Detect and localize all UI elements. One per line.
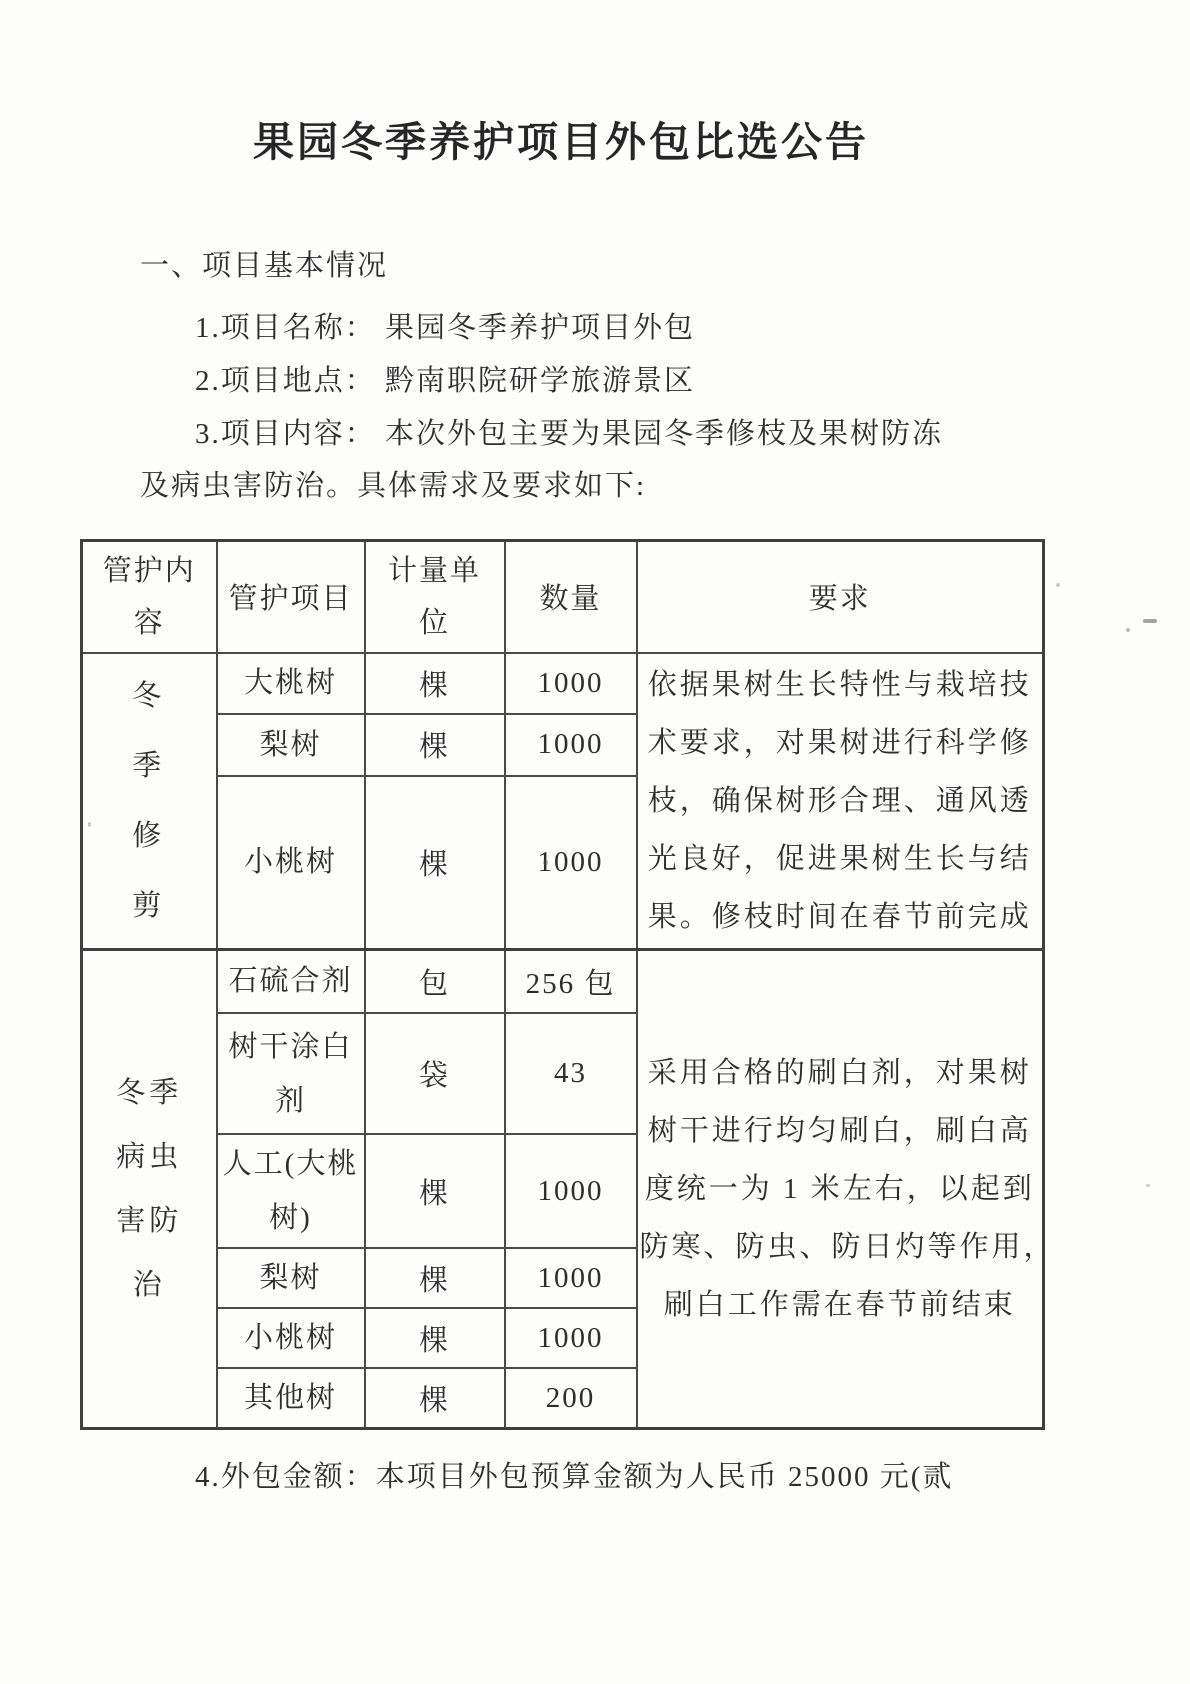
unit-cell: 包 <box>365 949 505 1013</box>
category-winter-pruning: 冬季修剪 <box>82 653 217 950</box>
header-care-item: 管护项目 <box>217 541 365 653</box>
quantity-cell: 1000 <box>505 714 637 776</box>
header-requirement: 要求 <box>637 541 1044 653</box>
scan-speck <box>1126 628 1130 632</box>
care-item-cell: 人工(大桃树) <box>217 1134 365 1248</box>
body-line-wrap: 及病虫害防治。具体需求及要求如下: <box>80 467 1042 505</box>
scan-speck <box>1143 619 1157 623</box>
care-item-cell: 小桃树 <box>217 776 365 949</box>
scan-speck <box>88 822 91 827</box>
care-item-cell: 梨树 <box>217 1248 365 1308</box>
header-quantity: 数量 <box>505 541 637 653</box>
quantity-cell: 1000 <box>505 1308 637 1368</box>
scan-speck <box>543 860 548 865</box>
table-row: 冬季病虫害防治 石硫合剂 包 256 包 采用合格的刷白剂，对果树 树干进行均匀… <box>82 949 1044 1013</box>
maintenance-requirements-table: 管护内容 管护项目 计量单位 数量 要求 冬季修剪 大桃树 棵 1000 依据果… <box>80 539 1045 1430</box>
unit-cell: 袋 <box>365 1013 505 1134</box>
unit-cell: 棵 <box>365 653 505 715</box>
quantity-cell: 1000 <box>505 1248 637 1308</box>
quantity-cell: 43 <box>505 1013 637 1134</box>
care-item-cell: 梨树 <box>217 714 365 776</box>
category-winter-pest-control: 冬季病虫害防治 <box>82 949 217 1429</box>
body-line-project-name: 1.项目名称： 果园冬季养护项目外包 <box>80 309 1042 347</box>
quantity-cell: 1000 <box>505 653 637 715</box>
quantity-cell: 1000 <box>505 776 637 949</box>
quantity-cell: 200 <box>505 1368 637 1429</box>
section-heading: 一、项目基本情况 <box>80 247 1042 285</box>
scanned-document-page: 果园冬季养护项目外包比选公告 一、项目基本情况 1.项目名称： 果园冬季养护项目… <box>0 0 1190 1684</box>
body-line-outsourcing-amount: 4.外包金额：本项目外包预算金额为人民币 25000 元(贰 <box>80 1458 1042 1496</box>
quantity-cell: 1000 <box>505 1134 637 1248</box>
unit-cell: 棵 <box>365 776 505 949</box>
header-care-content: 管护内容 <box>82 541 217 653</box>
scan-speck <box>1056 583 1060 587</box>
unit-cell: 棵 <box>365 1248 505 1308</box>
body-line-project-location: 2.项目地点： 黔南职院研学旅游景区 <box>80 362 1042 400</box>
requirement-pruning: 依据果树生长特性与栽培技 术要求，对果树进行科学修 枝，确保树形合理、通风透 光… <box>637 653 1044 950</box>
unit-cell: 棵 <box>365 1134 505 1248</box>
document-content: 果园冬季养护项目外包比选公告 一、项目基本情况 1.项目名称： 果园冬季养护项目… <box>80 0 1042 1496</box>
body-line-project-content: 3.项目内容： 本次外包主要为果园冬季修枝及果树防冻 <box>80 415 1042 453</box>
care-item-cell: 树干涂白剂 <box>217 1013 365 1134</box>
care-item-cell: 大桃树 <box>217 653 365 715</box>
scan-speck <box>1146 1184 1150 1187</box>
quantity-cell: 256 包 <box>505 949 637 1013</box>
unit-cell: 棵 <box>365 1368 505 1429</box>
page-title: 果园冬季养护项目外包比选公告 <box>80 118 1042 167</box>
care-item-cell: 石硫合剂 <box>217 949 365 1013</box>
unit-cell: 棵 <box>365 1308 505 1368</box>
care-item-cell: 小桃树 <box>217 1308 365 1368</box>
header-unit: 计量单位 <box>365 541 505 653</box>
table-row: 冬季修剪 大桃树 棵 1000 依据果树生长特性与栽培技 术要求，对果树进行科学… <box>82 653 1044 715</box>
unit-cell: 棵 <box>365 714 505 776</box>
care-item-cell: 其他树 <box>217 1368 365 1429</box>
table-header-row: 管护内容 管护项目 计量单位 数量 要求 <box>82 541 1044 653</box>
requirement-whitewash: 采用合格的刷白剂，对果树 树干进行均匀刷白，刷白高 度统一为 1 米左右，以起到… <box>637 949 1044 1429</box>
